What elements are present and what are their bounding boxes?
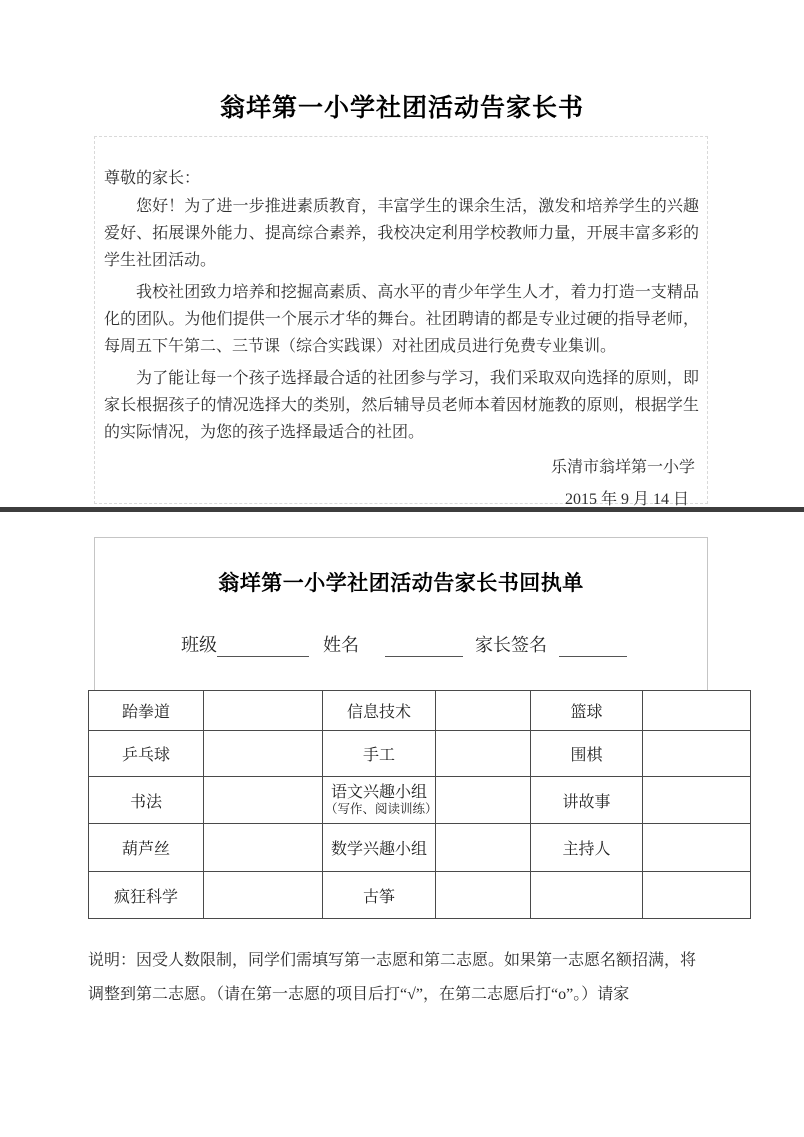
club-cell: 手工 xyxy=(323,731,436,777)
choice-cell xyxy=(436,731,531,777)
salutation: 尊敬的家长： xyxy=(104,165,699,192)
choice-cell xyxy=(204,777,323,824)
club-cell: 葫芦丝 xyxy=(89,824,204,872)
letter-title: 翁垟第一小学社团活动告家长书 xyxy=(0,88,804,124)
table-row: 疯狂科学 古筝 xyxy=(89,872,751,919)
club-cell: 围棋 xyxy=(531,731,643,777)
letter-body-frame: 尊敬的家长： 您好！为了进一步推进素质教育，丰富学生的课余生活，激发和培养学生的… xyxy=(94,136,708,504)
choice-cell xyxy=(204,691,323,731)
name-field-label: 姓名 xyxy=(323,631,359,657)
club-cell-main-label: 语文兴趣小组 xyxy=(325,783,433,802)
choice-cell xyxy=(436,777,531,824)
parent-signature-fill-in-line xyxy=(559,636,627,657)
club-cell: 疯狂科学 xyxy=(89,872,204,919)
club-cell: 数学兴趣小组 xyxy=(323,824,436,872)
choice-cell xyxy=(436,824,531,872)
school-signature: 乐清市翁垟第一小学 xyxy=(104,452,699,484)
class-field-label: 班级 xyxy=(181,631,217,657)
choice-cell xyxy=(643,731,751,777)
club-cell: 跆拳道 xyxy=(89,691,204,731)
table-row: 葫芦丝 数学兴趣小组 主持人 xyxy=(89,824,751,872)
letter-paragraph-2: 我校社团致力培养和挖掘高素质、高水平的青少年学生人才，着力打造一支精品化的团队。… xyxy=(104,279,699,360)
table-row: 书法 语文兴趣小组 （写作、阅读训练） 讲故事 xyxy=(89,777,751,824)
parent-signature-field-label: 家长签名 xyxy=(475,631,547,657)
choice-cell xyxy=(436,691,531,731)
note-line-1: 说明：因受人数限制，同学们需填写第一志愿和第二志愿。如果第一志愿名额招满，将 xyxy=(88,944,732,978)
name-fill-in-line xyxy=(385,636,463,657)
club-selection-table: 跆拳道 信息技术 篮球 乒乓球 手工 围棋 书法 语文兴趣小组 （写作、阅读训练… xyxy=(88,690,751,919)
letter-paragraph-3: 为了能让每一个孩子选择最合适的社团参与学习，我们采取双向选择的原则，即家长根据孩… xyxy=(104,365,699,446)
club-cell: 主持人 xyxy=(531,824,643,872)
club-cell: 篮球 xyxy=(531,691,643,731)
choice-cell xyxy=(643,691,751,731)
club-cell: 语文兴趣小组 （写作、阅读训练） xyxy=(323,777,436,824)
club-cell: 信息技术 xyxy=(323,691,436,731)
choice-cell xyxy=(643,824,751,872)
choice-cell xyxy=(204,731,323,777)
table-row: 乒乓球 手工 围棋 xyxy=(89,731,751,777)
choice-cell xyxy=(204,824,323,872)
choice-cell xyxy=(643,777,751,824)
section-divider-rule xyxy=(0,507,804,512)
club-cell: 乒乓球 xyxy=(89,731,204,777)
document-page: { "letter": { "title": "翁垟第一小学社团活动告家长书",… xyxy=(0,0,804,1137)
reply-slip-frame: 翁垟第一小学社团活动告家长书回执单 班级 姓名 家长签名 xyxy=(94,537,708,690)
table-row: 跆拳道 信息技术 篮球 xyxy=(89,691,751,731)
club-cell: 书法 xyxy=(89,777,204,824)
choice-cell xyxy=(436,872,531,919)
reply-slip-fields-row: 班级 姓名 家长签名 xyxy=(95,631,707,657)
class-fill-in-line xyxy=(217,636,309,657)
choice-cell xyxy=(204,872,323,919)
reply-slip-title: 翁垟第一小学社团活动告家长书回执单 xyxy=(95,567,707,597)
instructions-note: 说明：因受人数限制，同学们需填写第一志愿和第二志愿。如果第一志愿名额招满，将 调… xyxy=(88,944,732,1012)
choice-cell xyxy=(643,872,751,919)
club-cell: 古筝 xyxy=(323,872,436,919)
club-cell: 讲故事 xyxy=(531,777,643,824)
club-cell xyxy=(531,872,643,919)
note-line-2: 调整到第二志愿。（请在第一志愿的项目后打“√”，在第二志愿后打“o”。）请家 xyxy=(88,978,732,1012)
club-cell-sub-label: （写作、阅读训练） xyxy=(325,802,433,817)
letter-paragraph-1: 您好！为了进一步推进素质教育，丰富学生的课余生活，激发和培养学生的兴趣爱好、拓展… xyxy=(104,193,699,274)
